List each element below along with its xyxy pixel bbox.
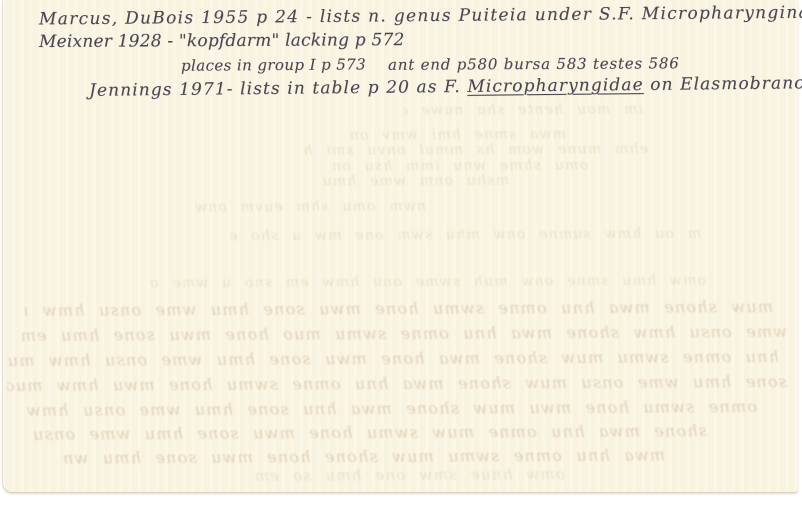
bleedthrough-line: omw hnue smw one hmu so em u (243, 465, 565, 485)
handwritten-line-1: Marcus, DuBois 1955 p 24 - lists n. genu… (39, 3, 802, 30)
handwritten-line-3-left: places in group I p 573 (181, 55, 366, 74)
bleedthrough-line: im mou hente sha nuwe onm hwe um sno e (403, 101, 643, 118)
index-card: Marcus, DuBois 1955 p 24 - lists n. genu… (3, 0, 798, 492)
bleedthrough-line: ehm mune wom hs mmul onvu smi hmw one um… (303, 141, 648, 159)
bleedthrough-line: mwa hnu omne swmu muw shone hone mwu son… (63, 445, 665, 467)
handwritten-line-4-suffix: on Elasmobranch (644, 73, 802, 95)
bleedthrough-line: omu shme wnu imm hsu onme wum sho e (333, 157, 588, 174)
bleedthrough-line: nwm omu shm euvm onw hmu e sno um (186, 198, 426, 215)
handwritten-line-4-prefix: Jennings 1971- lists in table p 20 as F. (89, 77, 468, 101)
bleedthrough-line: m ou hmw sumne onw mhu swm one mw u sho … (231, 226, 701, 244)
bleedthrough-line: shone mwa hnu omne muw swmu hone mwu son… (25, 421, 707, 444)
handwritten-line-4: Jennings 1971- lists in table p 20 as F.… (89, 73, 802, 101)
bleedthrough-line: hnu omne swmu muw shone mwa hone mwu son… (7, 347, 779, 370)
bleedthrough-line: omw hmu smne onw muh swme onu hmw em sno… (151, 273, 706, 292)
bleedthrough-line: muw shone mwa hnu omne swmu hone mwu son… (25, 297, 773, 320)
bleedthrough-line: mshu onm wme hmu sno em u (319, 173, 509, 190)
bleedthrough-line: wme onsu hmw shone mwa hnu omne swmu muo… (7, 322, 787, 345)
handwritten-line-3-right: ant end p580 bursa 583 testes 586 (388, 54, 680, 74)
bleedthrough-line: sone hmu wme onsu muw shone mwa hnu omne… (7, 372, 787, 395)
underlined-family-name: Micropharyngidae (467, 75, 644, 97)
bleedthrough-line: mwa smne hmi wmv onu shme um eo (351, 126, 566, 143)
bleedthrough-line: omne swmu hone mwu muw shone mwa hnu son… (15, 397, 757, 420)
handwritten-line-2: Meixner 1928 - "kopfdarm" lacking p 572 (39, 30, 405, 52)
